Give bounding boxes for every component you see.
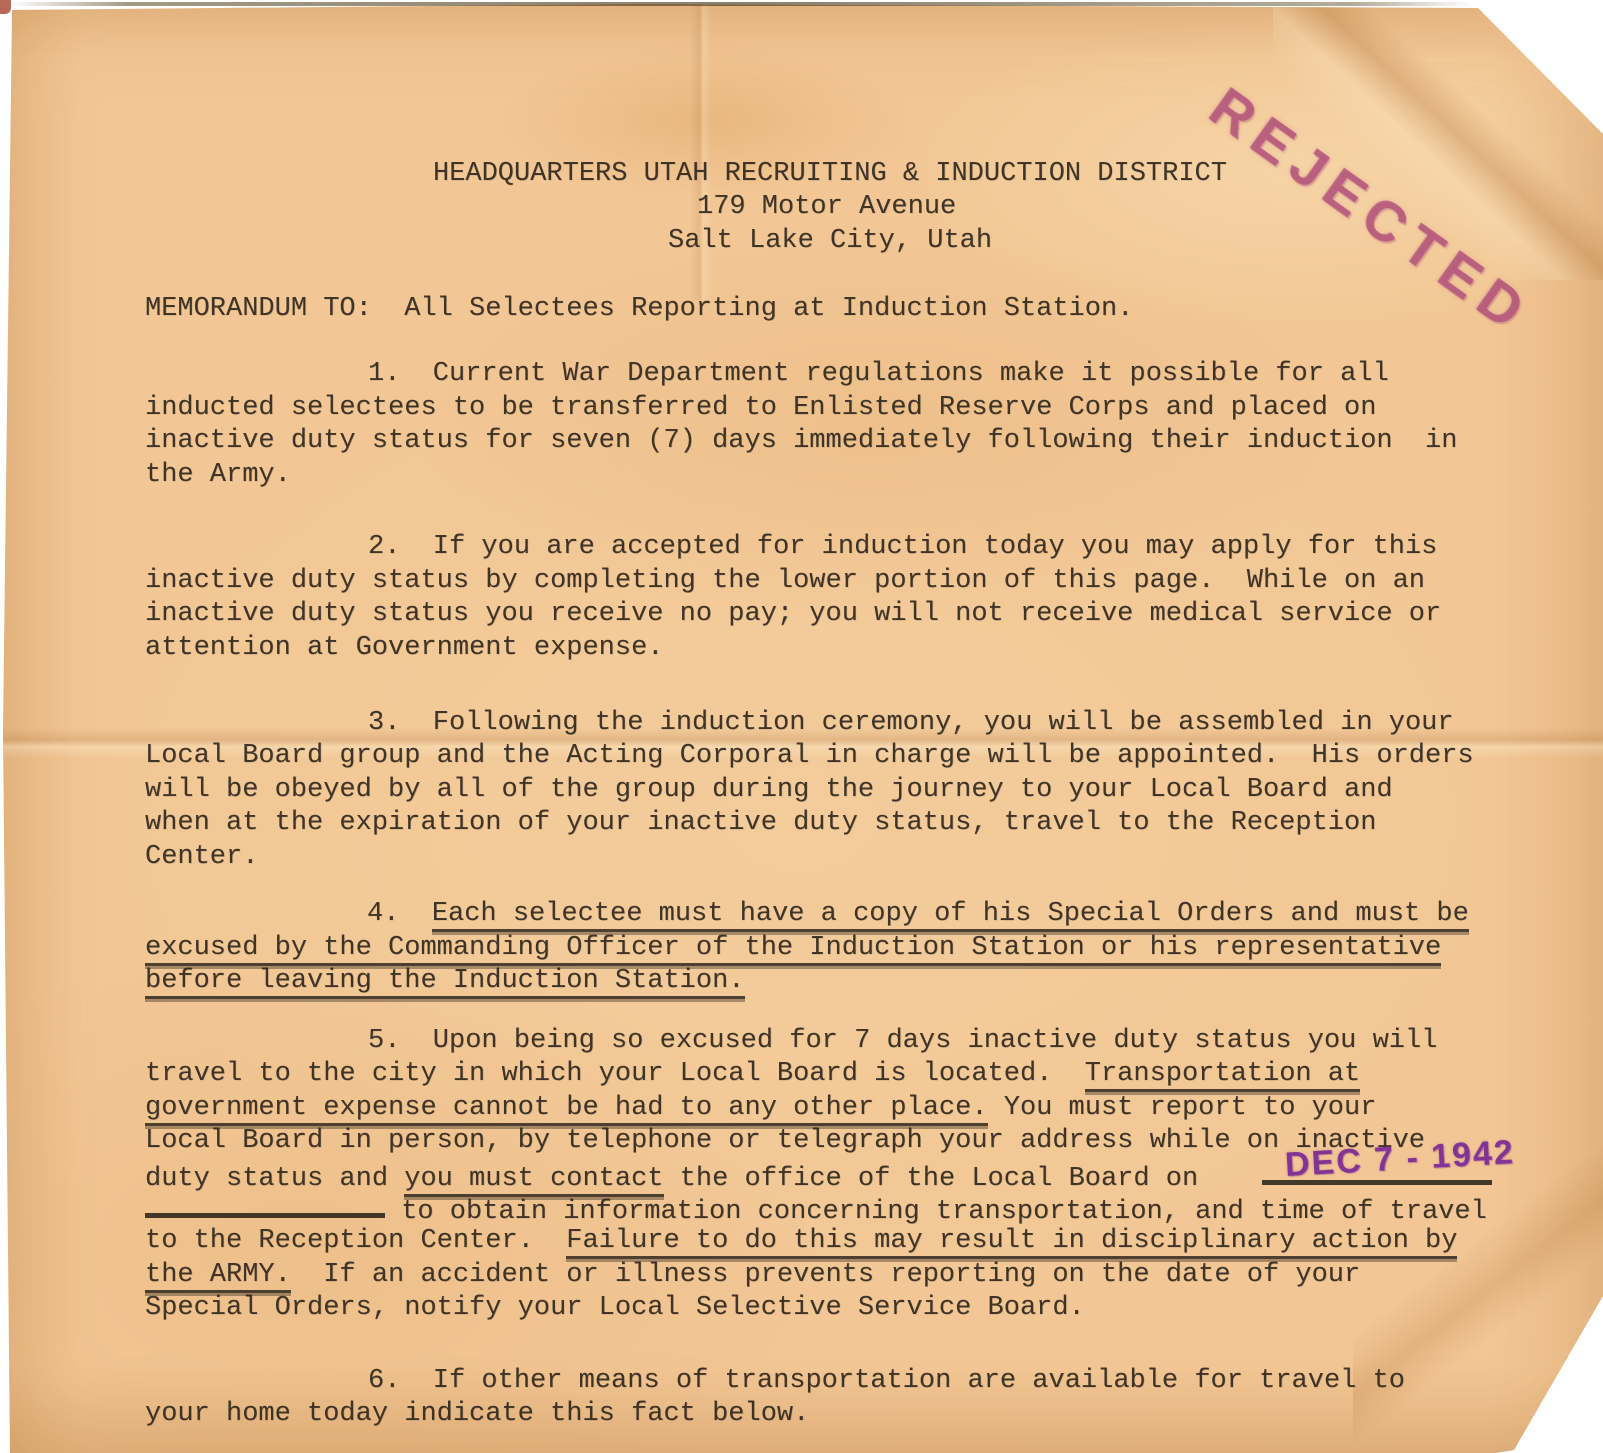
paragraph4-line1-underlined: Each selectee must have a copy of his Sp… [432,899,1469,932]
memorandum-to-line: MEMORANDUM TO: All Selectees Reporting a… [145,293,1133,326]
paragraph5-line2-underlined: Transportation at [1085,1059,1360,1092]
paragraph5-line1: 5. Upon being so excused for 7 days inac… [368,1025,1437,1058]
paragraph5-line2: travel to the city in which your Local B… [145,1058,1360,1091]
paragraph3-line2: Local Board group and the Acting Corpora… [145,740,1474,773]
paragraph6-line1: 6. If other means of transportation are … [368,1365,1405,1398]
paragraph4-number: 4. [367,899,432,929]
paragraph2-line4: attention at Government expense. [145,632,663,665]
paragraph4-line3: before leaving the Induction Station. [145,965,745,998]
paragraph3-line4: when at the expiration of your inactive … [145,807,1376,840]
top-left-corner-mark [0,0,11,14]
paragraph5-line7-plain: to the Reception Center. [145,1226,566,1256]
paragraph2-line2: inactive duty status by completing the l… [145,565,1425,598]
paragraph4-line3-underlined: before leaving the Induction Station. [145,966,745,999]
paper-sheet: HEADQUARTERS UTAH RECRUITING & INDUCTION… [0,0,1603,1453]
paragraph5-line3-plain: You must report to your [988,1093,1377,1123]
paragraph5-line3: government expense cannot be had to any … [145,1092,1376,1125]
paragraph3-line3: will be obeyed by all of the group durin… [145,774,1393,807]
paragraph5-line7: to the Reception Center. Failure to do t… [145,1225,1457,1258]
paragraph1-line4: the Army. [145,459,291,492]
paragraph5-line8: the ARMY. If an accident or illness prev… [145,1259,1360,1292]
letterhead-line3: Salt Lake City, Utah [668,225,992,258]
paragraph3-line5: Center. [145,841,258,874]
paragraph2-line1: 2. If you are accepted for induction tod… [368,531,1437,564]
paragraph4-line1: 4. Each selectee must have a copy of his… [367,898,1469,931]
paragraph1-line3: inactive duty status for seven (7) days … [145,425,1457,458]
paragraph5-line3-underlined: government expense cannot be had to any … [145,1093,988,1126]
letterhead-line2: 179 Motor Avenue [697,191,956,224]
paragraph5-line9: Special Orders, notify your Local Select… [145,1292,1085,1325]
paragraph5-line2-plain: travel to the city in which your Local B… [145,1059,1085,1089]
paragraph4-line2-underlined: excused by the Commanding Officer of the… [145,933,1441,966]
paragraph5-line7-underlined: Failure to do this may result in discipl… [566,1226,1457,1259]
blank-fill-in-line [145,1192,385,1218]
letterhead-line1: HEADQUARTERS UTAH RECRUITING & INDUCTION… [433,158,1227,191]
paragraph5-line5-plain1: duty status and [145,1164,404,1194]
paragraph3-line1: 3. Following the induction ceremony, you… [368,707,1454,740]
paragraph5-line4: Local Board in person, by telephone or t… [145,1125,1425,1158]
paragraph5-line6-plain: to obtain information concerning transpo… [385,1197,1487,1227]
paragraph2-line3: inactive duty status you receive no pay;… [145,598,1441,631]
scanned-memorandum-page: HEADQUARTERS UTAH RECRUITING & INDUCTION… [0,0,1603,1453]
paragraph4-line2: excused by the Commanding Officer of the… [145,932,1441,965]
paragraph6-line2: your home today indicate this fact below… [145,1398,809,1431]
scan-top-edge-shadow [10,2,1472,6]
paragraph5-line5-plain2: the office of the Local Board on [664,1164,1199,1194]
paragraph5-line8-plain: If an accident or illness prevents repor… [291,1260,1360,1290]
paragraph1-line1: 1. Current War Department regulations ma… [368,358,1389,391]
paragraph5-line6: to obtain information concerning transpo… [145,1192,1487,1229]
paragraph5-line8-underlined: the ARMY. [145,1260,291,1293]
paragraph1-line2: inducted selectees to be transferred to … [145,392,1376,425]
